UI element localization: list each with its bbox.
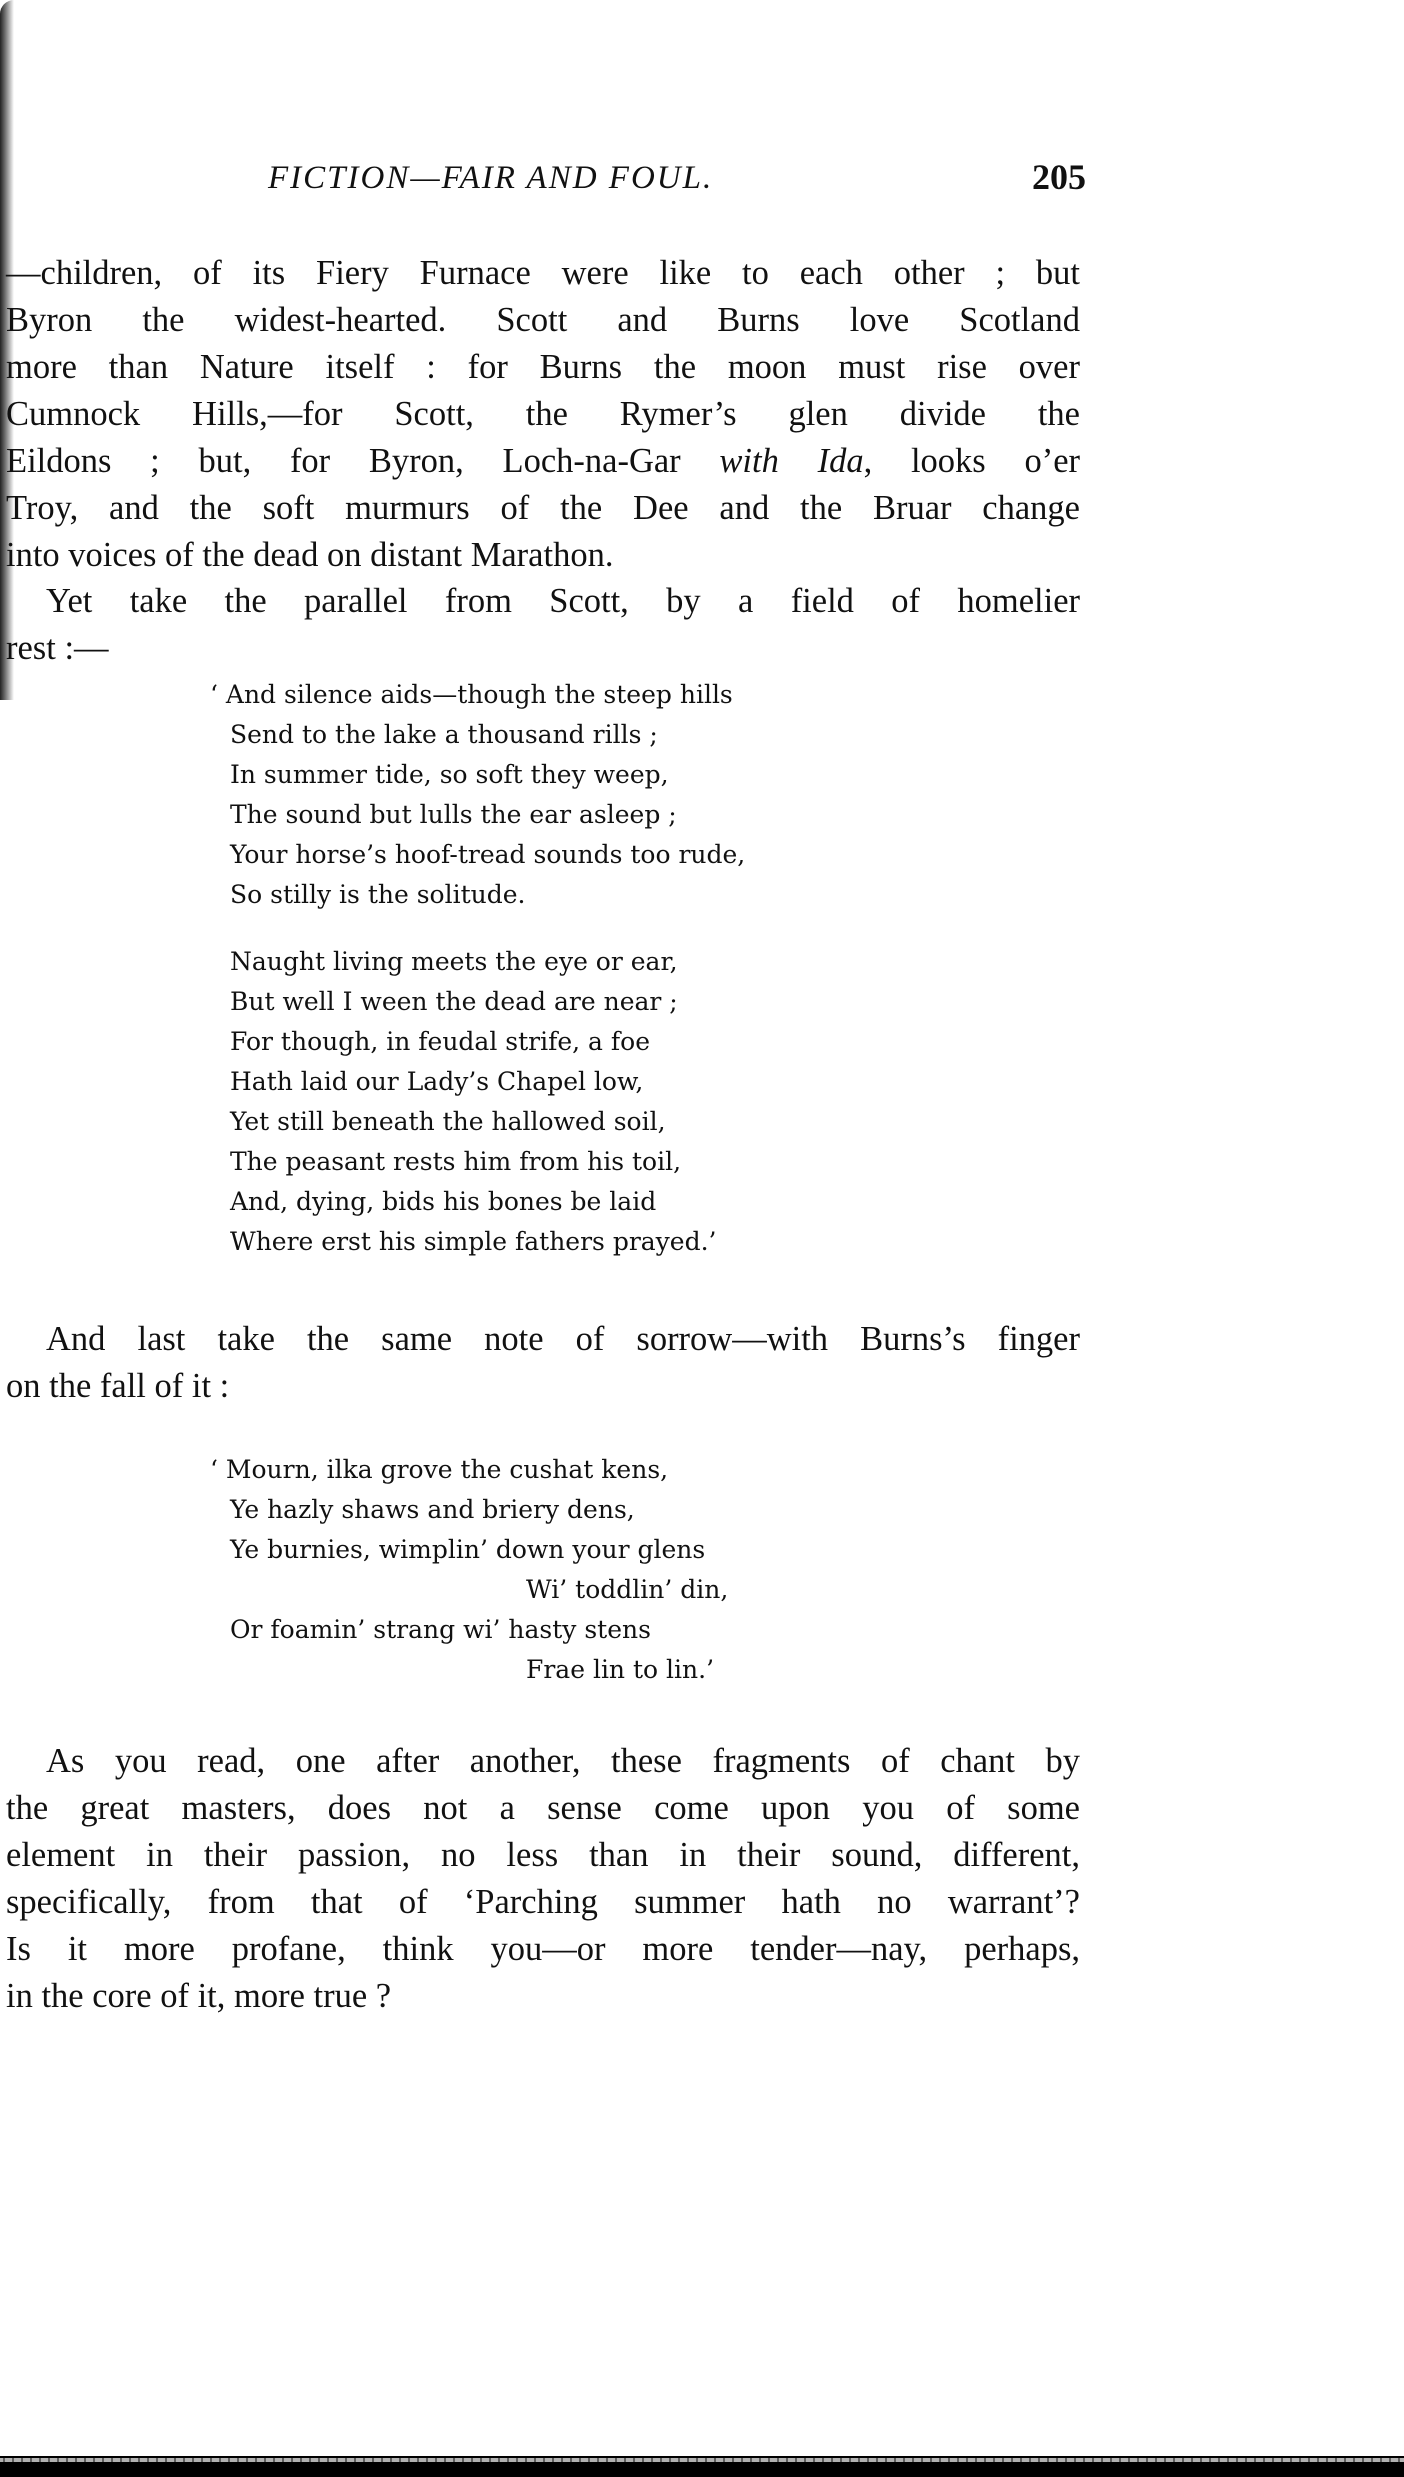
text-line: Troy, and the soft murmurs of the Dee an…	[6, 485, 1080, 532]
verse-line: Send to the lake a thousand rills ;	[230, 715, 745, 755]
verse-line-indented: Wi’ toddlin’ din,	[230, 1570, 728, 1610]
text-line: the great masters, does not a sense come…	[6, 1785, 1080, 1832]
paragraph-4: As you read, one after another, these fr…	[6, 1738, 1080, 2020]
verse-line: ‘ Mourn, ilka grove the cushat kens,	[210, 1450, 728, 1490]
verse-line: And, dying, bids his bones be laid	[230, 1182, 745, 1222]
verse-line: The peasant rests him from his toil,	[230, 1142, 745, 1182]
verse-line: For though, in feudal strife, a foe	[230, 1022, 745, 1062]
verse-line: Where erst his simple fathers prayed.’	[230, 1222, 745, 1262]
text-segment: , looks o’er	[864, 442, 1080, 480]
paragraph-2: Yet take the parallel from Scott, by a f…	[6, 578, 1080, 672]
verse-line: Hath laid our Lady’s Chapel low,	[230, 1062, 745, 1102]
verse-line: Your horse’s hoof-tread sounds too rude,	[230, 835, 745, 875]
text-line-with-italic: Eildons ; but, for Byron, Loch-na-Gar wi…	[6, 438, 1080, 485]
verse-line: Yet still beneath the hallowed soil,	[230, 1102, 745, 1142]
running-title: FICTION—FAIR AND FOUL.	[268, 160, 713, 197]
verse-line: In summer tide, so soft they weep,	[230, 755, 745, 795]
verse-line: Or foamin’ strang wi’ hasty stens	[230, 1610, 728, 1650]
text-line: rest :—	[6, 625, 1080, 672]
text-line: Is it more profane, think you—or more te…	[6, 1926, 1080, 1973]
text-line: As you read, one after another, these fr…	[6, 1738, 1080, 1785]
verse-quotation-scott: ‘ And silence aids—though the steep hill…	[230, 675, 745, 1262]
verse-line-indented: Frae lin to lin.’	[230, 1650, 728, 1690]
text-line: into voices of the dead on distant Marat…	[6, 532, 1080, 579]
verse-quotation-burns: ‘ Mourn, ilka grove the cushat kens, Ye …	[230, 1450, 728, 1690]
verse-line: The sound but lulls the ear asleep ;	[230, 795, 745, 835]
scan-bottom-edge	[0, 2456, 1404, 2477]
text-line: on the fall of it :	[6, 1363, 1080, 1410]
verse-line: Ye burnies, wimplin’ down your glens	[230, 1530, 728, 1570]
text-line: —children, of its Fiery Furnace were lik…	[6, 250, 1080, 297]
text-line: Yet take the parallel from Scott, by a f…	[6, 578, 1080, 625]
text-segment: Eildons ; but, for Byron, Loch-na-Gar	[6, 442, 681, 480]
text-line: in the core of it, more true ?	[6, 1973, 1080, 2020]
text-line: specifically, from that of ‘Parching sum…	[6, 1879, 1080, 1926]
text-line: Cumnock Hills,—for Scott, the Rymer’s gl…	[6, 391, 1080, 438]
paragraph-1: —children, of its Fiery Furnace were lik…	[6, 250, 1080, 579]
verse-line: Ye hazly shaws and briery dens,	[230, 1490, 728, 1530]
paragraph-3: And last take the same note of sorrow—wi…	[6, 1316, 1080, 1410]
verse-line: ‘ And silence aids—though the steep hill…	[210, 675, 745, 715]
text-line: Byron the widest-hearted. Scott and Burn…	[6, 297, 1080, 344]
verse-line: Naught living meets the eye or ear,	[230, 942, 745, 982]
verse-line: So stilly is the solitude.	[230, 875, 745, 915]
italic-phrase: with Ida	[719, 442, 863, 480]
running-head: FICTION—FAIR AND FOUL. 205	[268, 160, 1088, 200]
verse-line: But well I ween the dead are near ;	[230, 982, 745, 1022]
page-number: 205	[1032, 156, 1086, 198]
text-line: more than Nature itself : for Burns the …	[6, 344, 1080, 391]
stanza-break	[230, 915, 745, 942]
text-line: And last take the same note of sorrow—wi…	[6, 1316, 1080, 1363]
text-line: element in their passion, no less than i…	[6, 1832, 1080, 1879]
